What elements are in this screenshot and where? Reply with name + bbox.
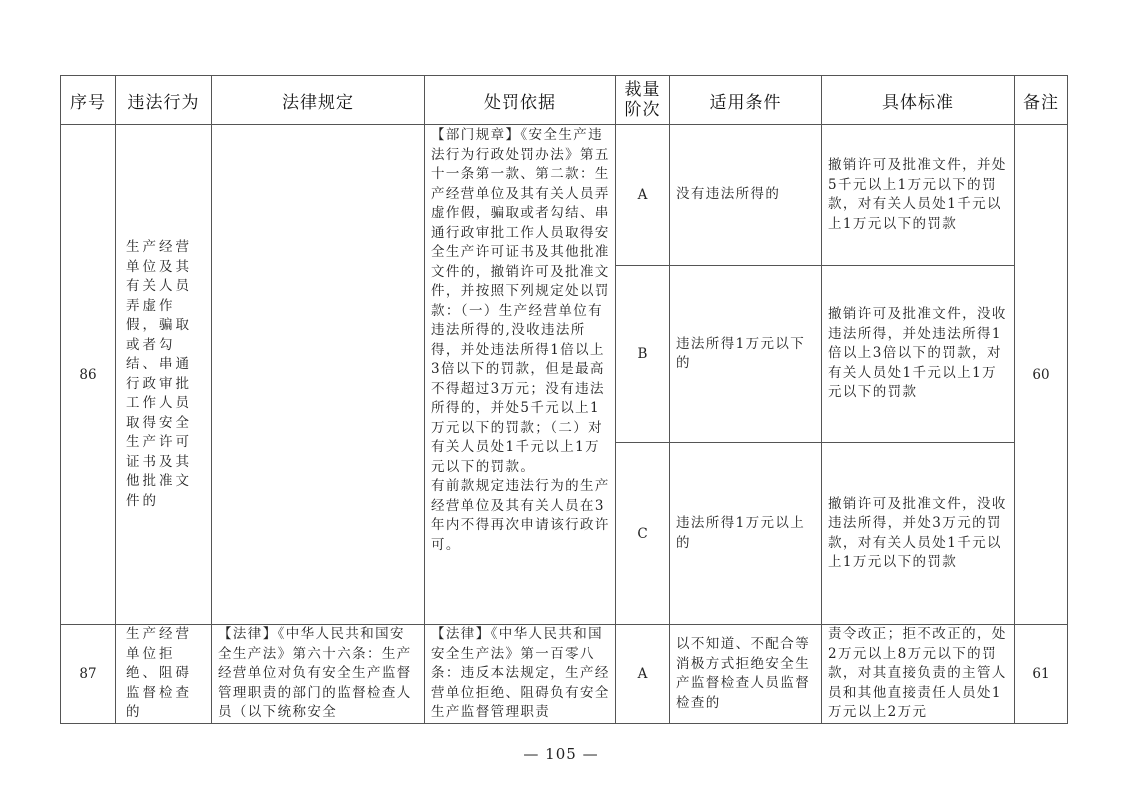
specific-standard: 撤销许可及批准文件，并处5千元以上1万元以下的罚款，对有关人员处1千元以上1万元… <box>822 125 1015 266</box>
table-header-row: 序号 违法行为 法律规定 处罚依据 裁量 阶次 适用条件 具体标准 备注 <box>61 76 1068 125</box>
applicable-condition: 违法所得1万元以下的 <box>670 266 822 443</box>
document-page: 序号 违法行为 法律规定 处罚依据 裁量 阶次 适用条件 具体标准 备注 86 … <box>0 0 1122 793</box>
penalty-basis-text: 【法律】《中华人民共和国安全生产法》第一百零八条：违反本法规定，生产经营单位拒绝… <box>425 625 616 724</box>
applicable-condition: 以不知道、不配合等消极方式拒绝安全生产监督检查人员监督检查的 <box>670 625 822 724</box>
violation-text: 生产经营单位及其有关人员弄虚作假，骗取或者勾结、串通行政审批工作人员取得安全生产… <box>116 125 212 625</box>
row-number: 86 <box>61 125 116 625</box>
header-specific-standard: 具体标准 <box>822 76 1015 125</box>
specific-standard: 责令改正；拒不改正的，处2万元以上8万元以下的罚款，对其直接负责的主管人员和其他… <box>822 625 1015 724</box>
penalty-basis-content: 【法律】《中华人民共和国安全生产法》第一百零八条：违反本法规定，生产经营单位拒绝… <box>431 625 610 722</box>
header-discretion-level: 裁量 阶次 <box>616 76 670 125</box>
legal-provision-text: 【法律】《中华人民共和国安全生产法》第六十六条：生产经营单位对负有安全生产监督管… <box>212 625 425 724</box>
header-number: 序号 <box>61 76 116 125</box>
remark: 60 <box>1015 125 1068 625</box>
discretion-level: C <box>616 443 670 625</box>
legal-provision-content: 【法律】《中华人民共和国安全生产法》第六十六条：生产经营单位对负有安全生产监督管… <box>218 625 419 722</box>
page-number: — 105 — <box>0 745 1122 763</box>
discretion-level: B <box>616 266 670 443</box>
specific-standard: 撤销许可及批准文件，没收违法所得，并处违法所得1倍以上3倍以下的罚款，对有关人员… <box>822 266 1015 443</box>
header-legal-provision: 法律规定 <box>212 76 425 125</box>
row-number: 87 <box>61 625 116 724</box>
remark: 61 <box>1015 625 1068 724</box>
table-row: 86 生产经营单位及其有关人员弄虚作假，骗取或者勾结、串通行政审批工作人员取得安… <box>61 125 1068 266</box>
specific-standard-content: 责令改正；拒不改正的，处2万元以上8万元以下的罚款，对其直接负责的主管人员和其他… <box>828 625 1009 722</box>
header-penalty-basis: 处罚依据 <box>425 76 616 125</box>
discretion-level: A <box>616 125 670 266</box>
applicable-condition: 违法所得1万元以上的 <box>670 443 822 625</box>
header-applicable-condition: 适用条件 <box>670 76 822 125</box>
applicable-condition: 没有违法所得的 <box>670 125 822 266</box>
header-remark: 备注 <box>1015 76 1068 125</box>
violation-text: 生产经营单位拒绝、阻碍监督检查的 <box>116 625 212 724</box>
penalty-basis-text: 【部门规章】《安全生产违法行为行政处罚办法》第五十一条第一款、第二款：生产经营单… <box>425 125 616 625</box>
legal-provision-text <box>212 125 425 625</box>
specific-standard: 撤销许可及批准文件，没收违法所得，并处3万元的罚款，对有关人员处1千元以上1万元… <box>822 443 1015 625</box>
table-row: 87 生产经营单位拒绝、阻碍监督检查的 【法律】《中华人民共和国安全生产法》第六… <box>61 625 1068 724</box>
header-violation: 违法行为 <box>116 76 212 125</box>
penalty-discretion-table: 序号 违法行为 法律规定 处罚依据 裁量 阶次 适用条件 具体标准 备注 86 … <box>60 75 1068 724</box>
discretion-level: A <box>616 625 670 724</box>
